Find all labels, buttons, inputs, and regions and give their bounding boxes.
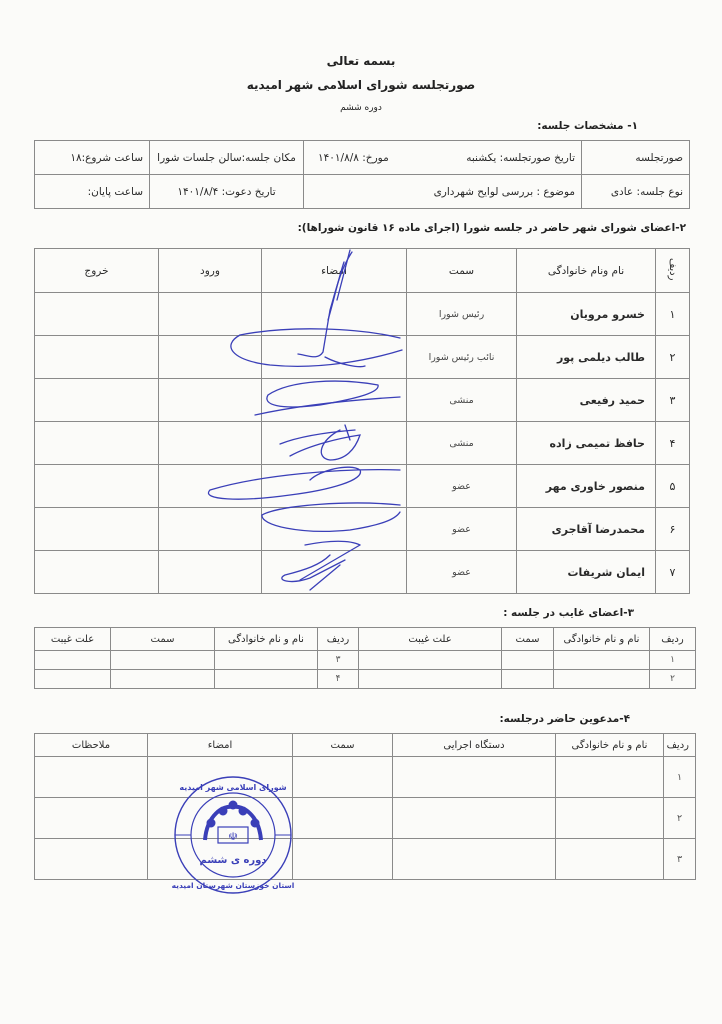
absent-name [215, 670, 318, 689]
exit-cell [35, 551, 159, 594]
member-role: عضو [407, 465, 517, 508]
member-name: طالب دیلمی پور [517, 336, 656, 379]
location-cell: مکان جلسه:سالن جلسات شورا [150, 141, 304, 175]
exit-cell [35, 293, 159, 336]
member-role: منشی [407, 379, 517, 422]
signature-cell [262, 379, 407, 422]
minutes-day: تاریخ صورتجلسه: یکشنبه [466, 152, 575, 164]
row-number: ۶ [656, 508, 690, 551]
absent-name [554, 651, 650, 670]
table-header-row: ردیف نام و نام خانوادگی سمت علت غیبت ردی… [35, 628, 696, 651]
invitee-name [556, 839, 664, 880]
table-row: ۴ حافظ تمیمی زاده منشی [35, 422, 690, 465]
table-row: ۳ [35, 839, 696, 880]
col-header-exit: خروج [35, 249, 159, 293]
absent-role [502, 670, 554, 689]
row-number: ۱ [664, 757, 696, 798]
entry-cell [159, 465, 262, 508]
invitee-notes [35, 798, 148, 839]
member-role: نائب رئیس شورا [407, 336, 517, 379]
table-row: ۲ ۴ [35, 670, 696, 689]
row-number: ۷ [656, 551, 690, 594]
table-header-row: ردیف نام ونام خانوادگی سمت امضاء ورود خر… [35, 249, 690, 293]
exit-cell [35, 336, 159, 379]
table-row: ۵ منصور خاوری مهر عضو [35, 465, 690, 508]
table-row: ۶ محمدرضا آقاجری عضو [35, 508, 690, 551]
row-number: ۱ [650, 651, 696, 670]
invitee-signature [148, 757, 293, 798]
signature-cell [262, 293, 407, 336]
signature-cell [262, 465, 407, 508]
member-name: ایمان شریفات [517, 551, 656, 594]
invite-date-cell: تاریخ دعوت: ۱۴۰۱/۸/۴ [150, 175, 304, 209]
minutes-type-cell: صورتجلسه [582, 141, 690, 175]
member-role: عضو [407, 551, 517, 594]
col-header-absence-reason: علت غیبت [359, 628, 502, 651]
term-subtitle: دوره ششم [0, 103, 722, 113]
col-header-role: سمت [293, 734, 393, 757]
invitee-role [293, 757, 393, 798]
row-number: ۳ [664, 839, 696, 880]
col-header-role: سمت [407, 249, 517, 293]
col-header-row-number: ردیف [656, 249, 690, 293]
table-row: ۱ [35, 757, 696, 798]
absence-reason [35, 670, 111, 689]
table-row: ۱ ۳ [35, 651, 696, 670]
table-row: ۷ ایمان شریفات عضو [35, 551, 690, 594]
col-header-row-number: ردیف [650, 628, 696, 651]
absence-reason [359, 651, 502, 670]
document-title: صورتجلسه شورای اسلامی شهر امیدیه [0, 78, 722, 92]
entry-cell [159, 508, 262, 551]
entry-cell [159, 551, 262, 594]
table-row: ۳ حمید رفیعی منشی [35, 379, 690, 422]
member-name: خسرو مرویان [517, 293, 656, 336]
col-header-role: سمت [502, 628, 554, 651]
session-info-row: نوع جلسه: عادی موضوع : بررسی لوایح شهردا… [35, 175, 690, 209]
col-header-entry: ورود [159, 249, 262, 293]
member-role: عضو [407, 508, 517, 551]
row-number: ۳ [318, 651, 359, 670]
col-header-notes: ملاحظات [35, 734, 148, 757]
session-info-table: صورتجلسه تاریخ صورتجلسه: یکشنبه مورخ: ۱۴… [34, 140, 690, 209]
col-header-row-number: ردیف [318, 628, 359, 651]
member-name: حمید رفیعی [517, 379, 656, 422]
member-role: رئیس شورا [407, 293, 517, 336]
table-row: ۲ طالب دیلمی پور نائب رئیس شورا [35, 336, 690, 379]
exit-cell [35, 465, 159, 508]
section4-title: ۴-مدعوین حاضر درجلسه: [499, 713, 630, 725]
session-info-row: صورتجلسه تاریخ صورتجلسه: یکشنبه مورخ: ۱۴… [35, 141, 690, 175]
row-number: ۱ [656, 293, 690, 336]
entry-cell [159, 422, 262, 465]
member-role: منشی [407, 422, 517, 465]
minutes-date: مورخ: ۱۴۰۱/۸/۸ [318, 152, 389, 164]
signature-cell [262, 422, 407, 465]
entry-cell [159, 379, 262, 422]
end-time-cell: ساعت پایان: [35, 175, 150, 209]
col-header-absence-reason: علت غیبت [35, 628, 111, 651]
present-members-table: ردیف نام ونام خانوادگی سمت امضاء ورود خر… [34, 248, 690, 594]
absent-role [502, 651, 554, 670]
row-number: ۲ [664, 798, 696, 839]
col-header-organization: دستگاه اجرایی [393, 734, 556, 757]
invitee-notes [35, 839, 148, 880]
row-number: ۲ [656, 336, 690, 379]
entry-cell [159, 336, 262, 379]
invitee-organization [393, 757, 556, 798]
bismillah-heading: بسمه تعالی [0, 54, 722, 68]
absent-members-table: ردیف نام و نام خانوادگی سمت علت غیبت ردی… [34, 627, 696, 689]
invitee-role [293, 839, 393, 880]
subject-cell: موضوع : بررسی لوایح شهرداری [304, 175, 582, 209]
invitee-signature [148, 798, 293, 839]
absent-role [111, 670, 215, 689]
member-name: منصور خاوری مهر [517, 465, 656, 508]
signature-cell [262, 551, 407, 594]
invitee-organization [393, 798, 556, 839]
seal-bottom-text: استان خوزستان شهرستان امیدیه [172, 881, 295, 890]
invitee-role [293, 798, 393, 839]
table-row: ۲ [35, 798, 696, 839]
section2-title: ۲-اعضای شورای شهر حاضر در جلسه شورا (اجر… [298, 222, 686, 234]
invitee-organization [393, 839, 556, 880]
col-header-name: نام و نام خانوادگی [554, 628, 650, 651]
col-header-name: نام و نام خانوادگی [556, 734, 664, 757]
signature-cell [262, 508, 407, 551]
table-header-row: ردیف نام و نام خانوادگی دستگاه اجرایی سم… [35, 734, 696, 757]
absent-role [111, 651, 215, 670]
invitees-table: ردیف نام و نام خانوادگی دستگاه اجرایی سم… [34, 733, 696, 880]
row-number: ۲ [650, 670, 696, 689]
exit-cell [35, 422, 159, 465]
document-page: بسمه تعالی صورتجلسه شورای اسلامی شهر امی… [0, 0, 722, 1024]
session-type-cell: نوع جلسه: عادی [582, 175, 690, 209]
invitee-name [556, 798, 664, 839]
invitee-name [556, 757, 664, 798]
col-header-role: سمت [111, 628, 215, 651]
col-header-name: نام ونام خانوادگی [517, 249, 656, 293]
exit-cell [35, 379, 159, 422]
exit-cell [35, 508, 159, 551]
row-number: ۳ [656, 379, 690, 422]
row-number: ۴ [318, 670, 359, 689]
col-header-row-number: ردیف [664, 734, 696, 757]
entry-cell [159, 293, 262, 336]
member-name: محمدرضا آقاجری [517, 508, 656, 551]
absent-name [554, 670, 650, 689]
section3-title: ۳-اعضای غایب در جلسه : [503, 607, 634, 619]
minutes-date-cell: تاریخ صورتجلسه: یکشنبه مورخ: ۱۴۰۱/۸/۸ [304, 141, 582, 175]
table-row: ۱ خسرو مرویان رئیس شورا [35, 293, 690, 336]
col-header-name: نام و نام خانوادگی [215, 628, 318, 651]
section1-title: ۱- مشخصات جلسه: [537, 120, 638, 132]
invitee-signature [148, 839, 293, 880]
col-header-signature: امضاء [262, 249, 407, 293]
signature-cell [262, 336, 407, 379]
member-name: حافظ تمیمی زاده [517, 422, 656, 465]
row-number: ۴ [656, 422, 690, 465]
row-number: ۵ [656, 465, 690, 508]
absence-reason [359, 670, 502, 689]
absence-reason [35, 651, 111, 670]
col-header-signature: امضاء [148, 734, 293, 757]
absent-name [215, 651, 318, 670]
start-time-cell: ساعت شروع:۱۸ [35, 141, 150, 175]
invitee-notes [35, 757, 148, 798]
